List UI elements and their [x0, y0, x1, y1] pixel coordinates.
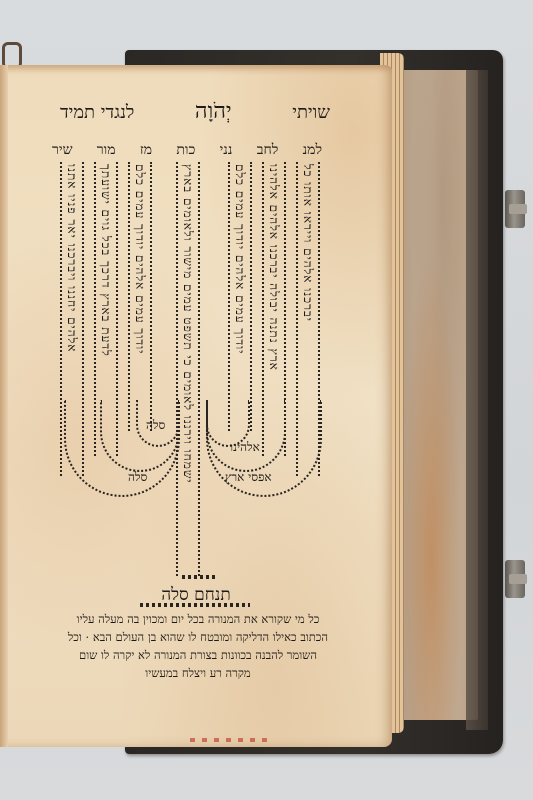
heading-word: כות — [176, 142, 195, 159]
stem-base-ornament — [182, 575, 216, 579]
heading-word: למנ — [303, 142, 322, 159]
arc-label-left-outer: סלה — [128, 470, 147, 485]
footer-line: השומר להבנה בכוונות בצורת המנורה לא יקרה… — [28, 646, 368, 664]
footer-line: הכתוב כאילו הדליקה ומובטח לו שהוא בן העו… — [28, 628, 368, 646]
footer-line: מקרה רע ויצלח במעשיו — [28, 664, 368, 682]
cover-inner-edge — [466, 70, 488, 730]
menorah-instructions: כל מי שקורא את המנורה בכל יום ומכוין בה … — [28, 610, 368, 682]
menorah-branch-inner-left: יודוך עמים אלהים יודוך עמים כלם — [128, 162, 152, 431]
shiviti-header: שויתי יְהֹוָה לנגדי תמיד — [60, 98, 330, 124]
heading-word: נני — [220, 142, 233, 159]
divine-name: יְהֹוָה — [195, 98, 232, 124]
menorah-center-stem: ישמחו וירננו לאומים כי תשפט עמים מישור ו… — [176, 162, 200, 576]
page-gutter — [0, 65, 8, 747]
psalm-heading-words: למנ לחב נני כות מז מור שיר — [52, 142, 322, 159]
red-ink-mark — [190, 738, 270, 742]
header-left-words: לנגדי תמיד — [60, 102, 134, 123]
arc-label-right-outer: אפסי ארץ — [225, 470, 272, 485]
arc-label-right-inner: אלהינו — [230, 440, 260, 455]
menorah-branch-inner-right: יודוך עמים אלהים יודוך עמים כלם — [228, 162, 252, 431]
upper-clasp-icon — [505, 190, 525, 228]
menorah-caption: תנחם סלה — [0, 585, 392, 605]
caption-underline-ornament — [140, 603, 250, 607]
heading-word: מור — [97, 142, 116, 159]
heading-word: מז — [140, 142, 152, 159]
header-right-word: שויתי — [292, 102, 330, 123]
lower-clasp-icon — [505, 560, 525, 598]
footer-line: כל מי שקורא את המנורה בכל יום ומכוין בה … — [28, 610, 368, 628]
heading-word: לחב — [257, 142, 279, 159]
arc-label-left-inner: סלה — [146, 418, 165, 433]
heading-word: שיר — [52, 142, 72, 159]
